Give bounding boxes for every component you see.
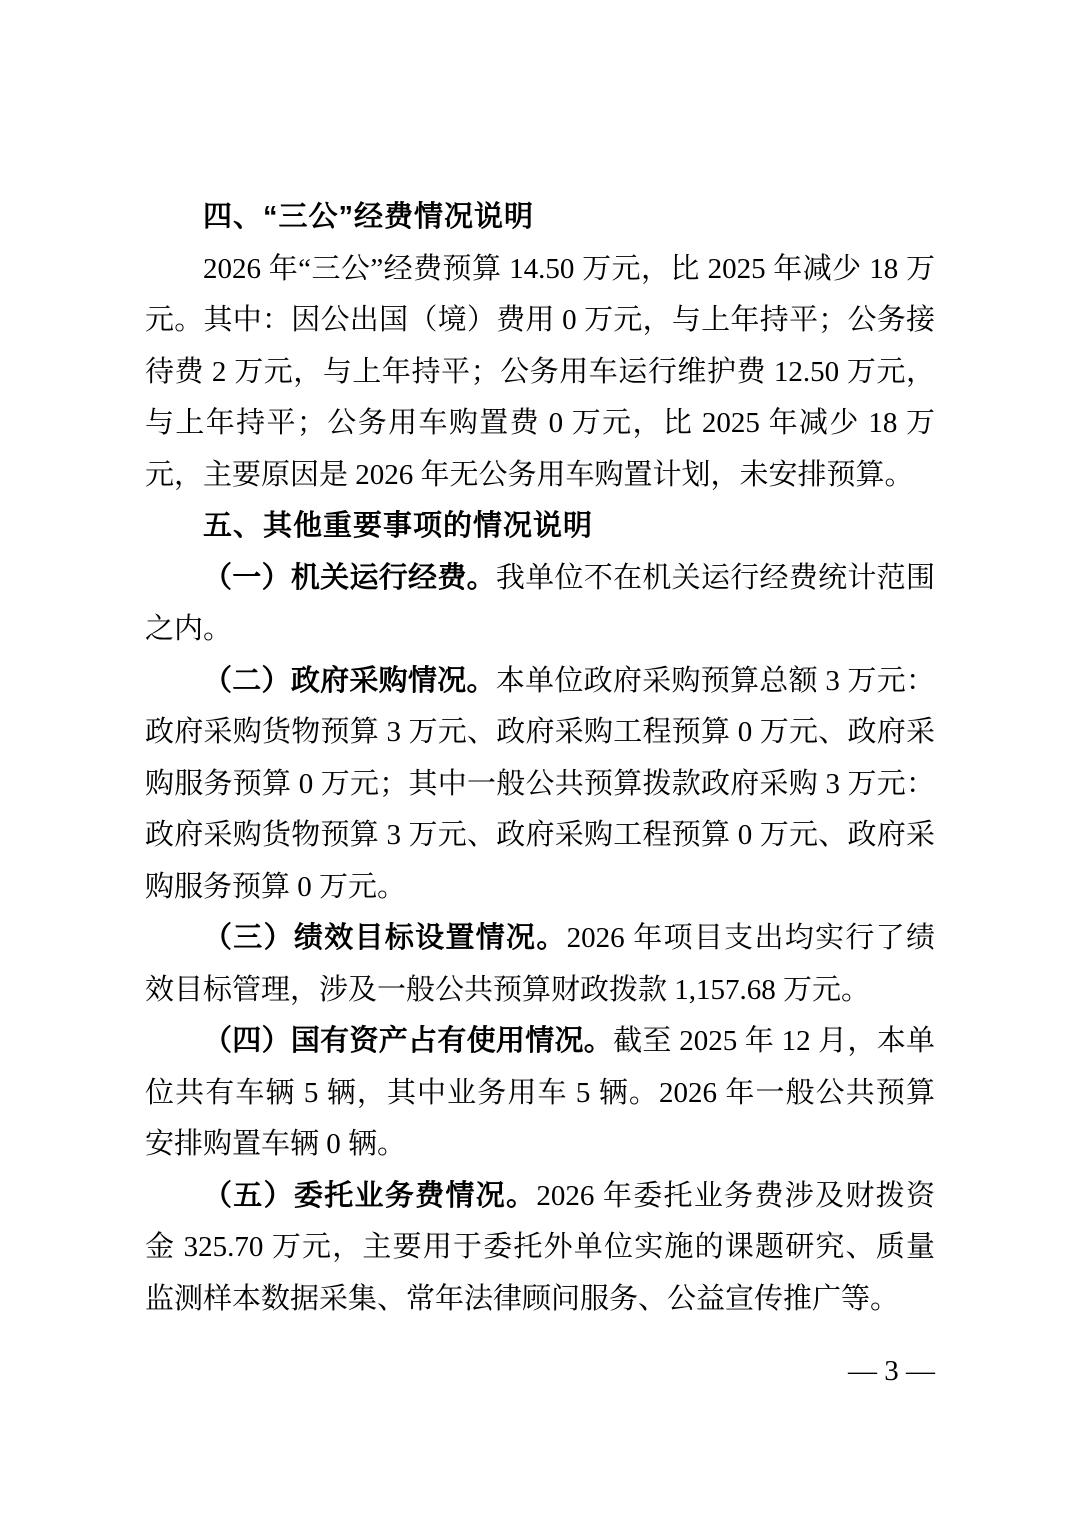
body-paragraph: （二）政府采购情况。本单位政府采购预算总额 3 万元：政府采购货物预算 3 万元… xyxy=(145,656,935,914)
section-heading: 四、“三公”经费情况说明 xyxy=(145,192,935,244)
body-paragraph: （五）委托业务费情况。2026 年委托业务费涉及财拨资金 325.70 万元，主… xyxy=(145,1171,935,1326)
body-paragraph: 2026 年“三公”经费预算 14.50 万元，比 2025 年减少 18 万元… xyxy=(145,244,935,502)
paragraph-lead: （二）政府采购情况。 xyxy=(203,665,496,697)
document-page: 四、“三公”经费情况说明2026 年“三公”经费预算 14.50 万元，比 20… xyxy=(0,0,1074,1520)
section-heading: 五、其他重要事项的情况说明 xyxy=(145,501,935,553)
document-body: 四、“三公”经费情况说明2026 年“三公”经费预算 14.50 万元，比 20… xyxy=(145,192,935,1325)
body-paragraph: （三）绩效目标设置情况。2026 年项目支出均实行了绩效目标管理，涉及一般公共预… xyxy=(145,913,935,1016)
paragraph-lead: （四）国有资产占有使用情况。 xyxy=(203,1025,613,1057)
paragraph-lead: （三）绩效目标设置情况。 xyxy=(203,922,567,954)
page-number: — 3 — xyxy=(848,1346,935,1398)
body-paragraph: （四）国有资产占有使用情况。截至 2025 年 12 月，本单位共有车辆 5 辆… xyxy=(145,1016,935,1171)
body-paragraph: （一）机关运行经费。我单位不在机关运行经费统计范围之内。 xyxy=(145,553,935,656)
paragraph-lead: （一）机关运行经费。 xyxy=(203,562,496,594)
paragraph-lead: （五）委托业务费情况。 xyxy=(203,1180,536,1212)
